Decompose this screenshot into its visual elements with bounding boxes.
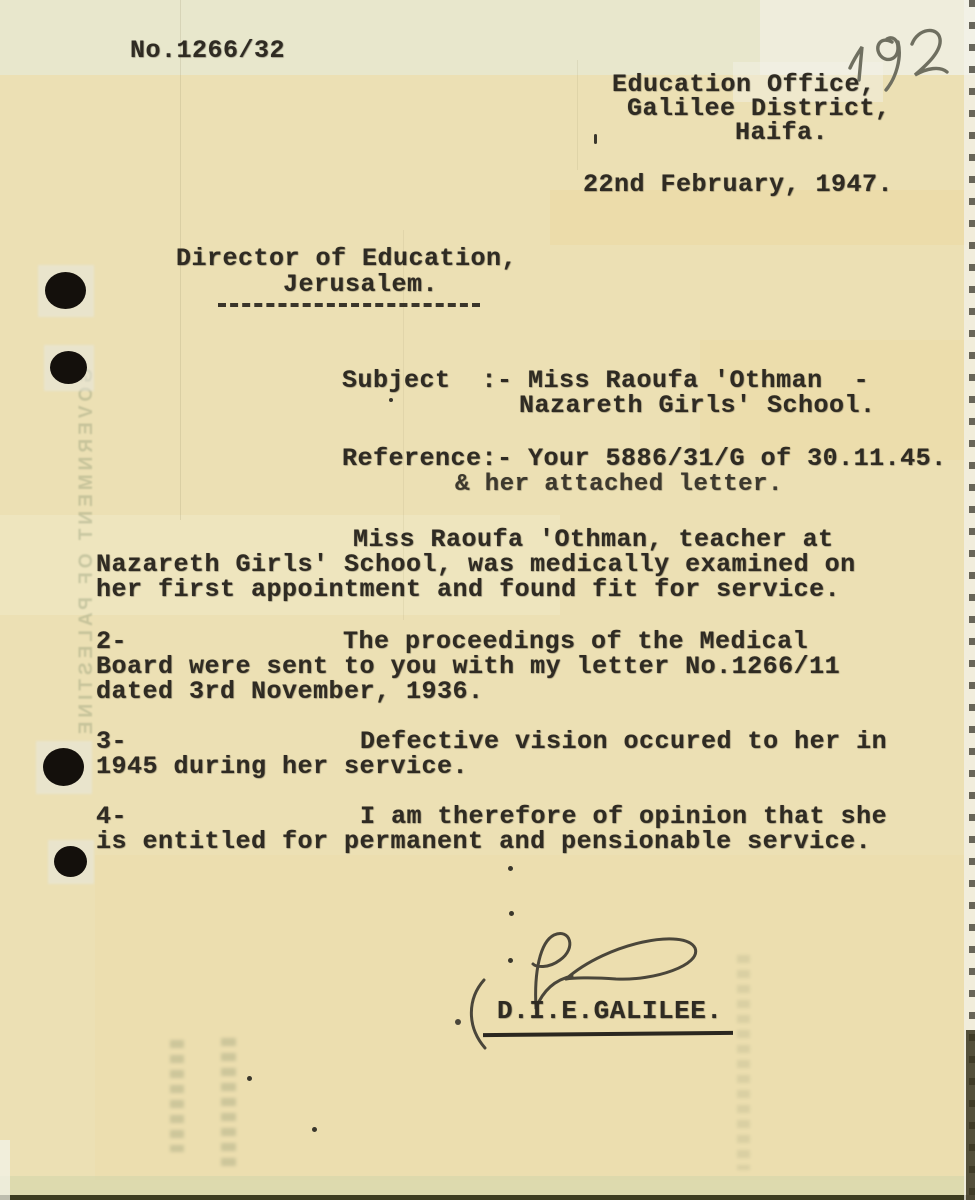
subject-line-2: Nazareth Girls' School. bbox=[519, 393, 876, 418]
para-1-line-2: Nazareth Girls' School, was medically ex… bbox=[96, 552, 856, 577]
bleed-through-smudge-1 bbox=[170, 1040, 184, 1152]
scanned-letter-page: GOVERNMENT OF PALESTINE No.1266/32 Educa… bbox=[0, 0, 975, 1200]
speck-1 bbox=[247, 1076, 252, 1081]
reference-line-2: & her attached letter. bbox=[455, 472, 783, 497]
para-2-indent-line: The proceedings of the Medical bbox=[343, 629, 808, 654]
hole-punch-1 bbox=[45, 272, 86, 309]
reference-number: No.1266/32 bbox=[130, 38, 285, 63]
hole-punch-4 bbox=[54, 846, 87, 877]
scan-edge-right-dark bbox=[966, 1030, 975, 1200]
para-2-number: 2- bbox=[96, 629, 127, 654]
fold-dot-1 bbox=[508, 866, 513, 871]
para-1-indent-line: Miss Raoufa 'Othman, teacher at bbox=[353, 527, 834, 552]
scan-edge-right-dots bbox=[969, 0, 975, 1200]
scan-edge-left-white bbox=[0, 1140, 10, 1200]
scan-edge-bottom bbox=[0, 1195, 975, 1200]
hole-punch-2 bbox=[50, 351, 87, 384]
speck-2 bbox=[312, 1127, 317, 1132]
office-address-line-3: Haifa. bbox=[735, 120, 828, 145]
para-2-line-2: Board were sent to you with my letter No… bbox=[96, 654, 840, 679]
para-3-line-2: 1945 during her service. bbox=[96, 754, 468, 779]
speck-3 bbox=[594, 134, 597, 144]
handwritten-page-number bbox=[836, 10, 956, 95]
letter-date: 22nd February, 1947. bbox=[583, 172, 893, 197]
hole-punch-3 bbox=[43, 748, 84, 786]
scan-edge-right-white bbox=[964, 0, 975, 1200]
para-4-indent-line: I am therefore of opinion that she bbox=[360, 804, 887, 829]
para-3-indent-line: Defective vision occured to her in bbox=[360, 729, 887, 754]
fold-dot-2 bbox=[509, 911, 514, 916]
fold-dot-3 bbox=[508, 958, 513, 963]
para-3-number: 3- bbox=[96, 729, 127, 754]
signature-name: D.I.E.GALILEE. bbox=[497, 999, 722, 1024]
bleed-through-smudge-2 bbox=[221, 1038, 236, 1173]
para-4-line-2: is entitled for permanent and pensionabl… bbox=[96, 829, 871, 854]
paper-band-green-bottom bbox=[0, 1176, 975, 1195]
recipient-line-2: Jerusalem. bbox=[283, 272, 438, 297]
para-4-number: 4- bbox=[96, 804, 127, 829]
fold-crease-3 bbox=[577, 60, 578, 170]
subject-line-1: Subject :- Miss Raoufa 'Othman - bbox=[342, 368, 869, 393]
recipient-line-1: Director of Education, bbox=[176, 246, 517, 271]
reference-line-1: Reference:- Your 5886/31/G of 30.11.45. bbox=[342, 446, 947, 471]
speck-4 bbox=[389, 398, 393, 402]
recipient-underline-dashes bbox=[218, 303, 480, 307]
para-2-line-3: dated 3rd November, 1936. bbox=[96, 679, 484, 704]
para-1-line-3: her first appointment and found fit for … bbox=[96, 577, 840, 602]
